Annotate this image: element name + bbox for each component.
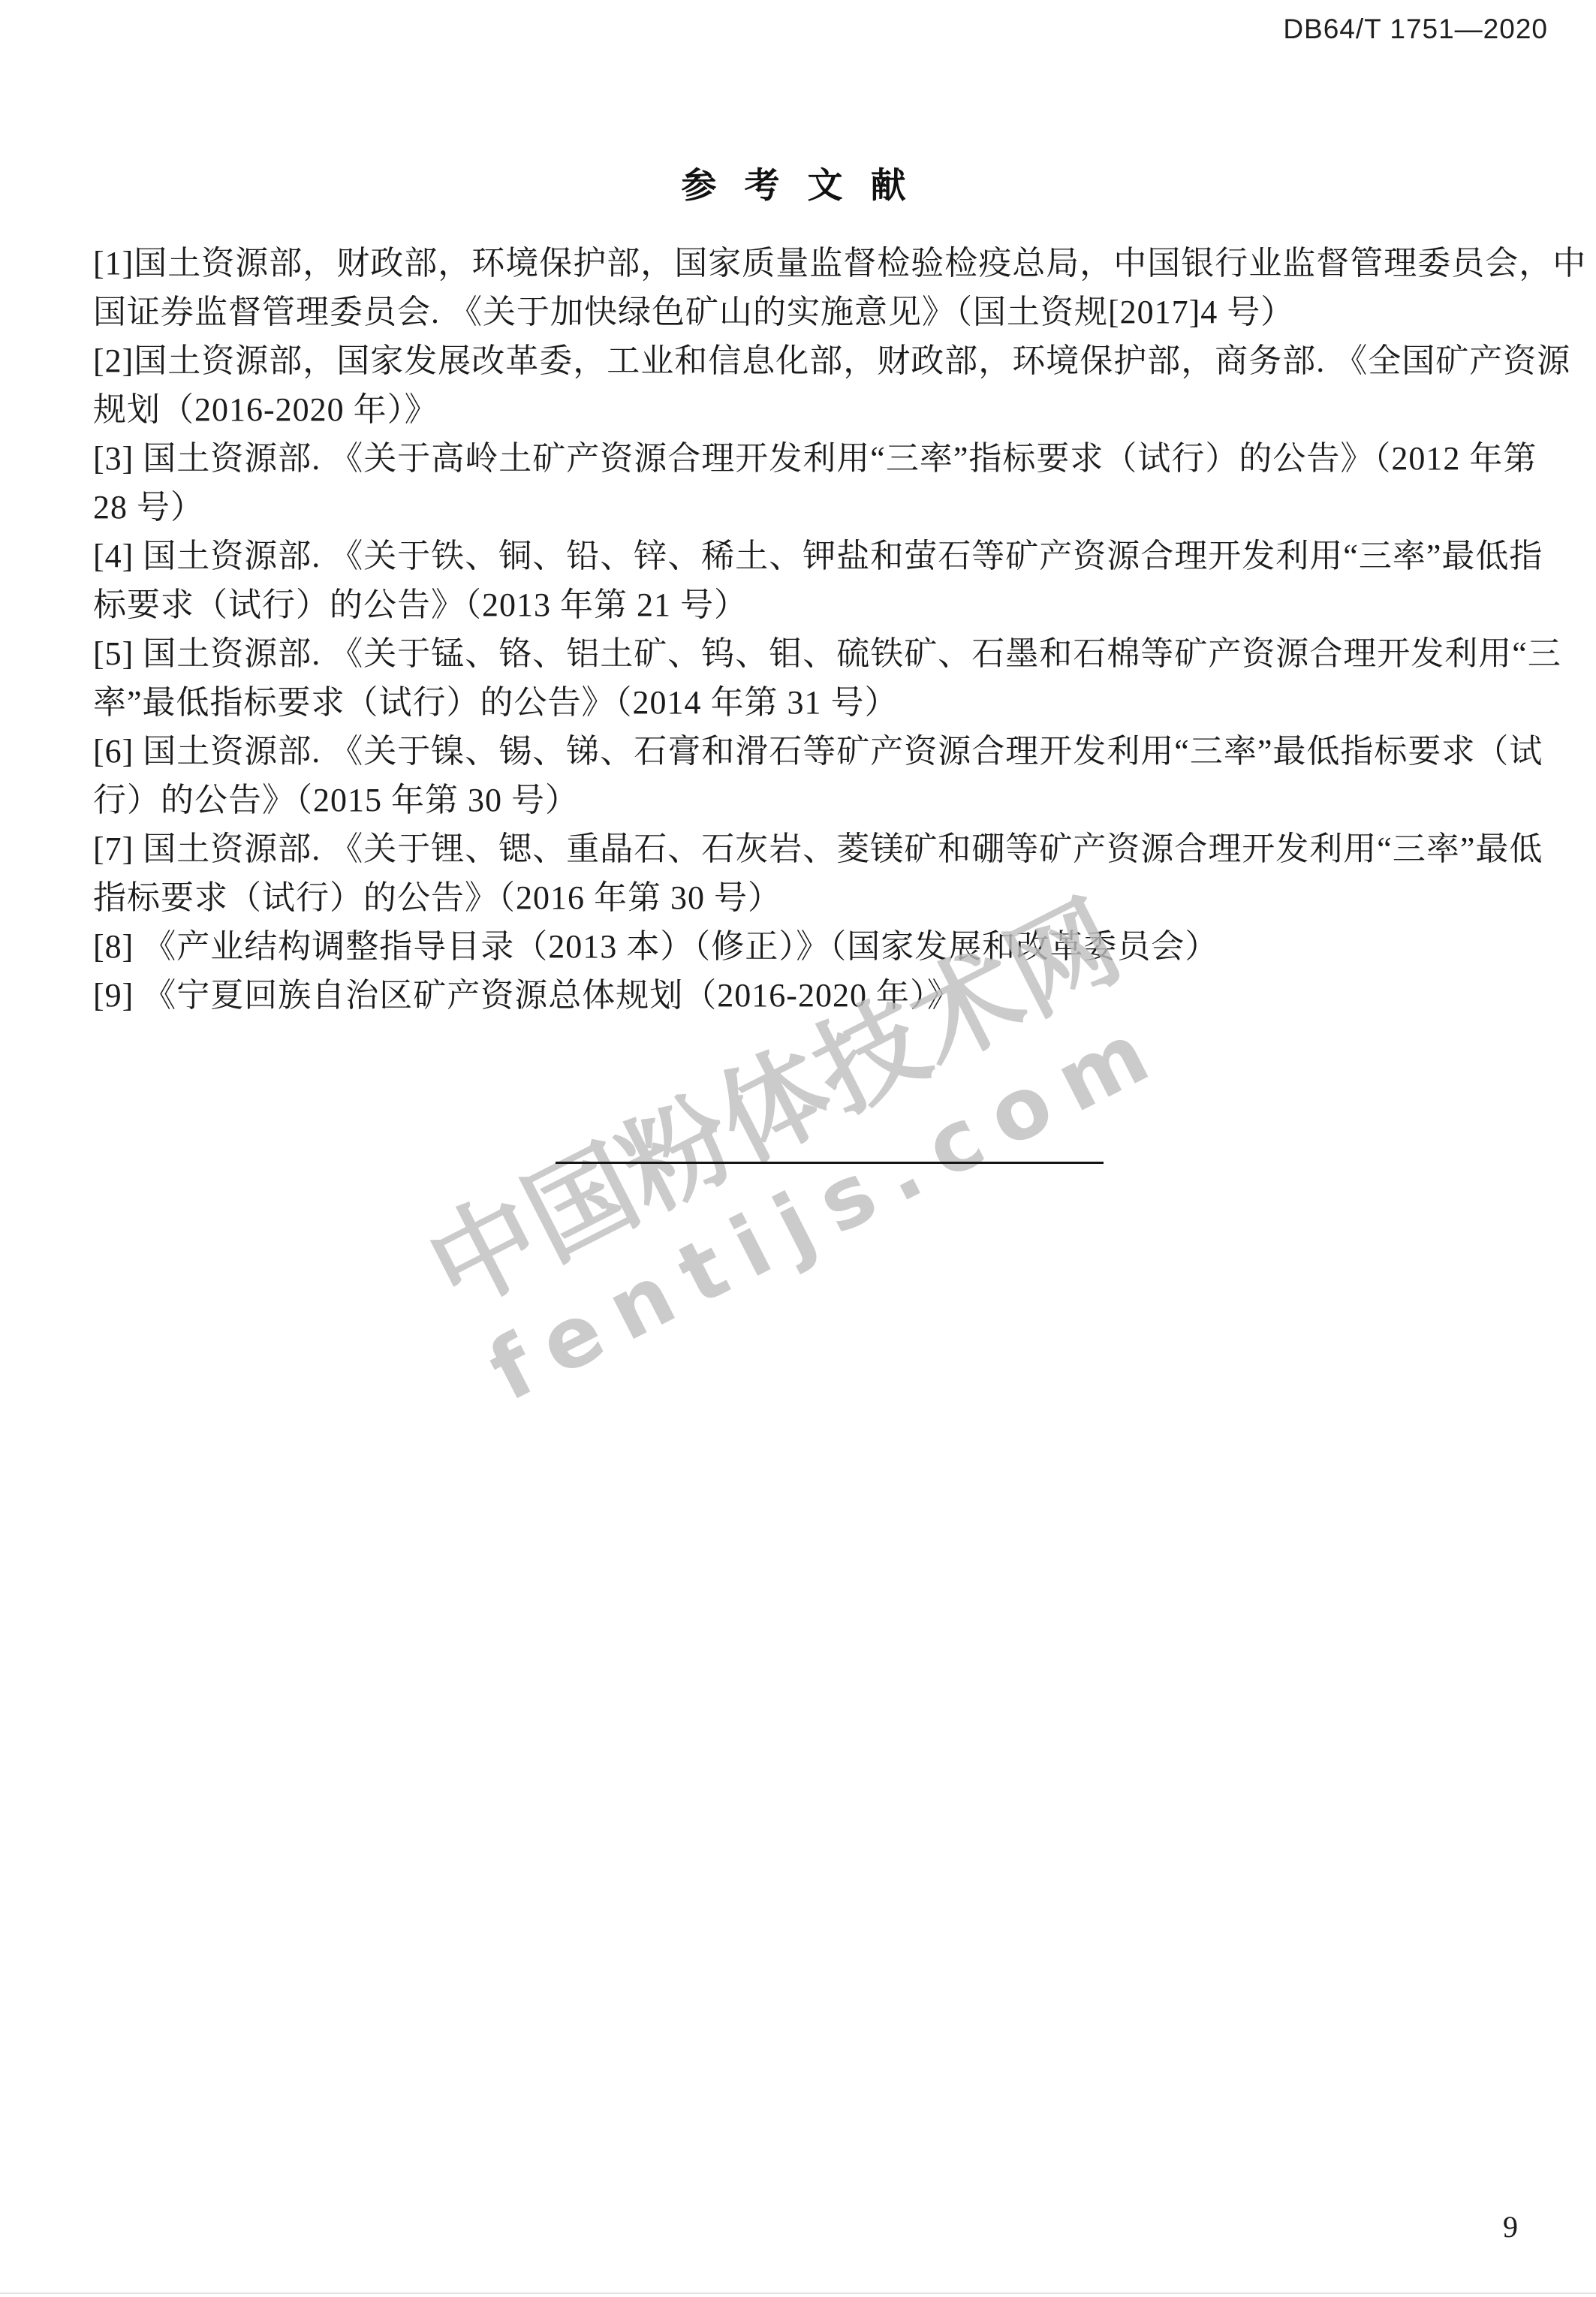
reference-line: [1]国土资源部，财政部，环境保护部，国家质量监督检验检疫总局，中国银行业监督管… xyxy=(93,239,1512,288)
reference-line: [4] 国土资源部. 《关于铁、铜、铅、锌、稀土、钾盐和萤石等矿产资源合理开发利… xyxy=(93,532,1512,580)
references-list: [1]国土资源部，财政部，环境保护部，国家质量监督检验检疫总局，中国银行业监督管… xyxy=(93,239,1512,1020)
reference-line: 指标要求（试行）的公告》（2016 年第 30 号） xyxy=(93,873,1512,922)
reference-line: [3] 国土资源部. 《关于高岭土矿产资源合理开发利用“三率”指标要求（试行）的… xyxy=(93,434,1512,483)
reference-line: [5] 国土资源部. 《关于锰、铬、铝土矿、钨、钼、硫铁矿、石墨和石棉等矿产资源… xyxy=(93,629,1512,678)
reference-line: 规划（2016-2020 年）》 xyxy=(93,385,1512,434)
document-page: DB64/T 1751—2020 参 考 文 献 [1]国土资源部，财政部，环境… xyxy=(0,0,1596,2297)
reference-line: [8] 《产业结构调整指导目录（2013 本）（修正）》（国家发展和改革委员会） xyxy=(93,922,1512,971)
scan-edge-artifact xyxy=(0,2292,1596,2294)
reference-line: [9] 《宁夏回族自治区矿产资源总体规划（2016-2020 年）》 xyxy=(93,971,1512,1020)
watermark-site-url: fentijs.com xyxy=(477,1002,1178,1414)
reference-line: [7] 国土资源部. 《关于锂、锶、重晶石、石灰岩、菱镁矿和硼等矿产资源合理开发… xyxy=(93,824,1512,873)
references-title: 参 考 文 献 xyxy=(0,158,1596,208)
reference-line: 标要求（试行）的公告》（2013 年第 21 号） xyxy=(93,580,1512,629)
reference-line: 率”最低指标要求（试行）的公告》（2014 年第 31 号） xyxy=(93,678,1512,727)
reference-line: 28 号） xyxy=(93,483,1512,532)
reference-line: 国证券监督管理委员会. 《关于加快绿色矿山的实施意见》（国土资规[2017]4 … xyxy=(93,288,1512,336)
reference-line: [6] 国土资源部. 《关于镍、锡、锑、石膏和滑石等矿产资源合理开发利用“三率”… xyxy=(93,727,1512,776)
standard-number: DB64/T 1751—2020 xyxy=(1283,14,1548,45)
reference-line: [2]国土资源部，国家发展改革委，工业和信息化部，财政部，环境保护部，商务部. … xyxy=(93,336,1512,385)
page-number: 9 xyxy=(1503,2209,1518,2244)
reference-line: 行）的公告》（2015 年第 30 号） xyxy=(93,776,1512,824)
end-of-document-divider xyxy=(556,1162,1104,1164)
